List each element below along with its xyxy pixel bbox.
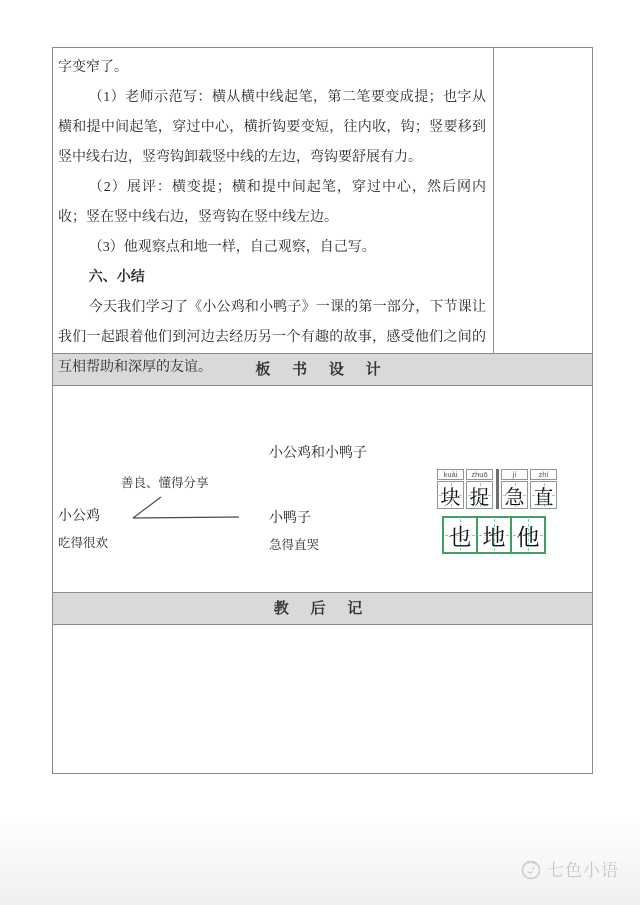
character-glyph: 也: [444, 518, 476, 552]
lesson-content-cell: 字变窄了。 （1）老师示范写：横从横中线起笔，第二笔要变成提；也字从横和提中间起…: [53, 48, 493, 353]
writing-grid-box: 也: [442, 516, 478, 554]
watermark-text: 七色小语: [547, 856, 619, 881]
remarks-empty-cell: [493, 48, 592, 353]
paragraph-step3: （3）他观察点和地一样，自己观察，自己写。: [58, 233, 486, 263]
lesson-plan-table: 字变窄了。 （1）老师示范写：横从横中线起笔，第二笔要变成提；也字从横和提中间起…: [52, 47, 593, 774]
pinyin-label: jí: [501, 469, 528, 480]
character-glyph: 捉: [467, 482, 492, 508]
after-class-notes-empty-area: [53, 625, 592, 773]
character-glyph: 地: [478, 518, 510, 552]
watermark: 七色小语: [519, 856, 619, 881]
arrow-label: 善良、懂得分享: [121, 473, 209, 491]
pinyin-label: zhuō: [466, 469, 493, 480]
character-box: 捉: [466, 481, 493, 509]
board-right-note: 急得直哭: [269, 535, 319, 553]
mascot-face-icon: [519, 857, 543, 881]
card-group-divider: [496, 469, 499, 509]
paragraph-step1: （1）老师示范写：横从横中线起笔，第二笔要变成提；也字从横和提中间起笔，穿过中心…: [58, 83, 486, 173]
character-box: 块: [437, 481, 464, 509]
pinyin-card: zhuō 捉: [466, 469, 493, 509]
character-glyph: 他: [512, 518, 544, 552]
section-heading-summary: 六、小结: [58, 263, 486, 293]
board-left-role: 小公鸡: [58, 505, 100, 525]
character-glyph: 块: [438, 482, 463, 508]
board-left-note: 吃得很欢: [58, 533, 108, 551]
writing-grid-cards: 也 地 他: [442, 516, 544, 554]
character-box: 直: [530, 481, 557, 509]
pinyin-card: kuài 块: [437, 469, 464, 509]
document-page: { "lesson": { "para0": "字变窄了。", "para1":…: [0, 0, 640, 905]
board-right-role: 小鸭子: [269, 507, 311, 527]
board-design-area: 小公鸡和小鸭子 善良、懂得分享 小公鸡 小鸭子 吃得很欢 急得直哭 kuài 块…: [53, 386, 592, 592]
after-class-notes-header: 教 后 记: [53, 592, 592, 625]
pinyin-card: zhí 直: [530, 469, 557, 509]
pinyin-label: kuài: [437, 469, 464, 480]
writing-grid-box: 地: [476, 516, 512, 554]
board-title: 小公鸡和小鸭子: [269, 442, 367, 462]
writing-grid-box: 他: [510, 516, 546, 554]
pinyin-card: jí 急: [501, 469, 528, 509]
paragraph-step2: （2）展评：横变提；横和提中间起笔，穿过中心，然后网内收；竖在竖中线右边，竖弯钩…: [58, 173, 486, 233]
character-box: 急: [501, 481, 528, 509]
character-glyph: 直: [531, 482, 556, 508]
lesson-content-row: 字变窄了。 （1）老师示范写：横从横中线起笔，第二笔要变成提；也字从横和提中间起…: [53, 48, 592, 353]
pinyin-character-cards: kuài 块 zhuō 捉 jí 急: [437, 469, 559, 509]
paragraph-continuation: 字变窄了。: [58, 53, 486, 83]
character-glyph: 急: [502, 482, 527, 508]
pinyin-label: zhí: [530, 469, 557, 480]
